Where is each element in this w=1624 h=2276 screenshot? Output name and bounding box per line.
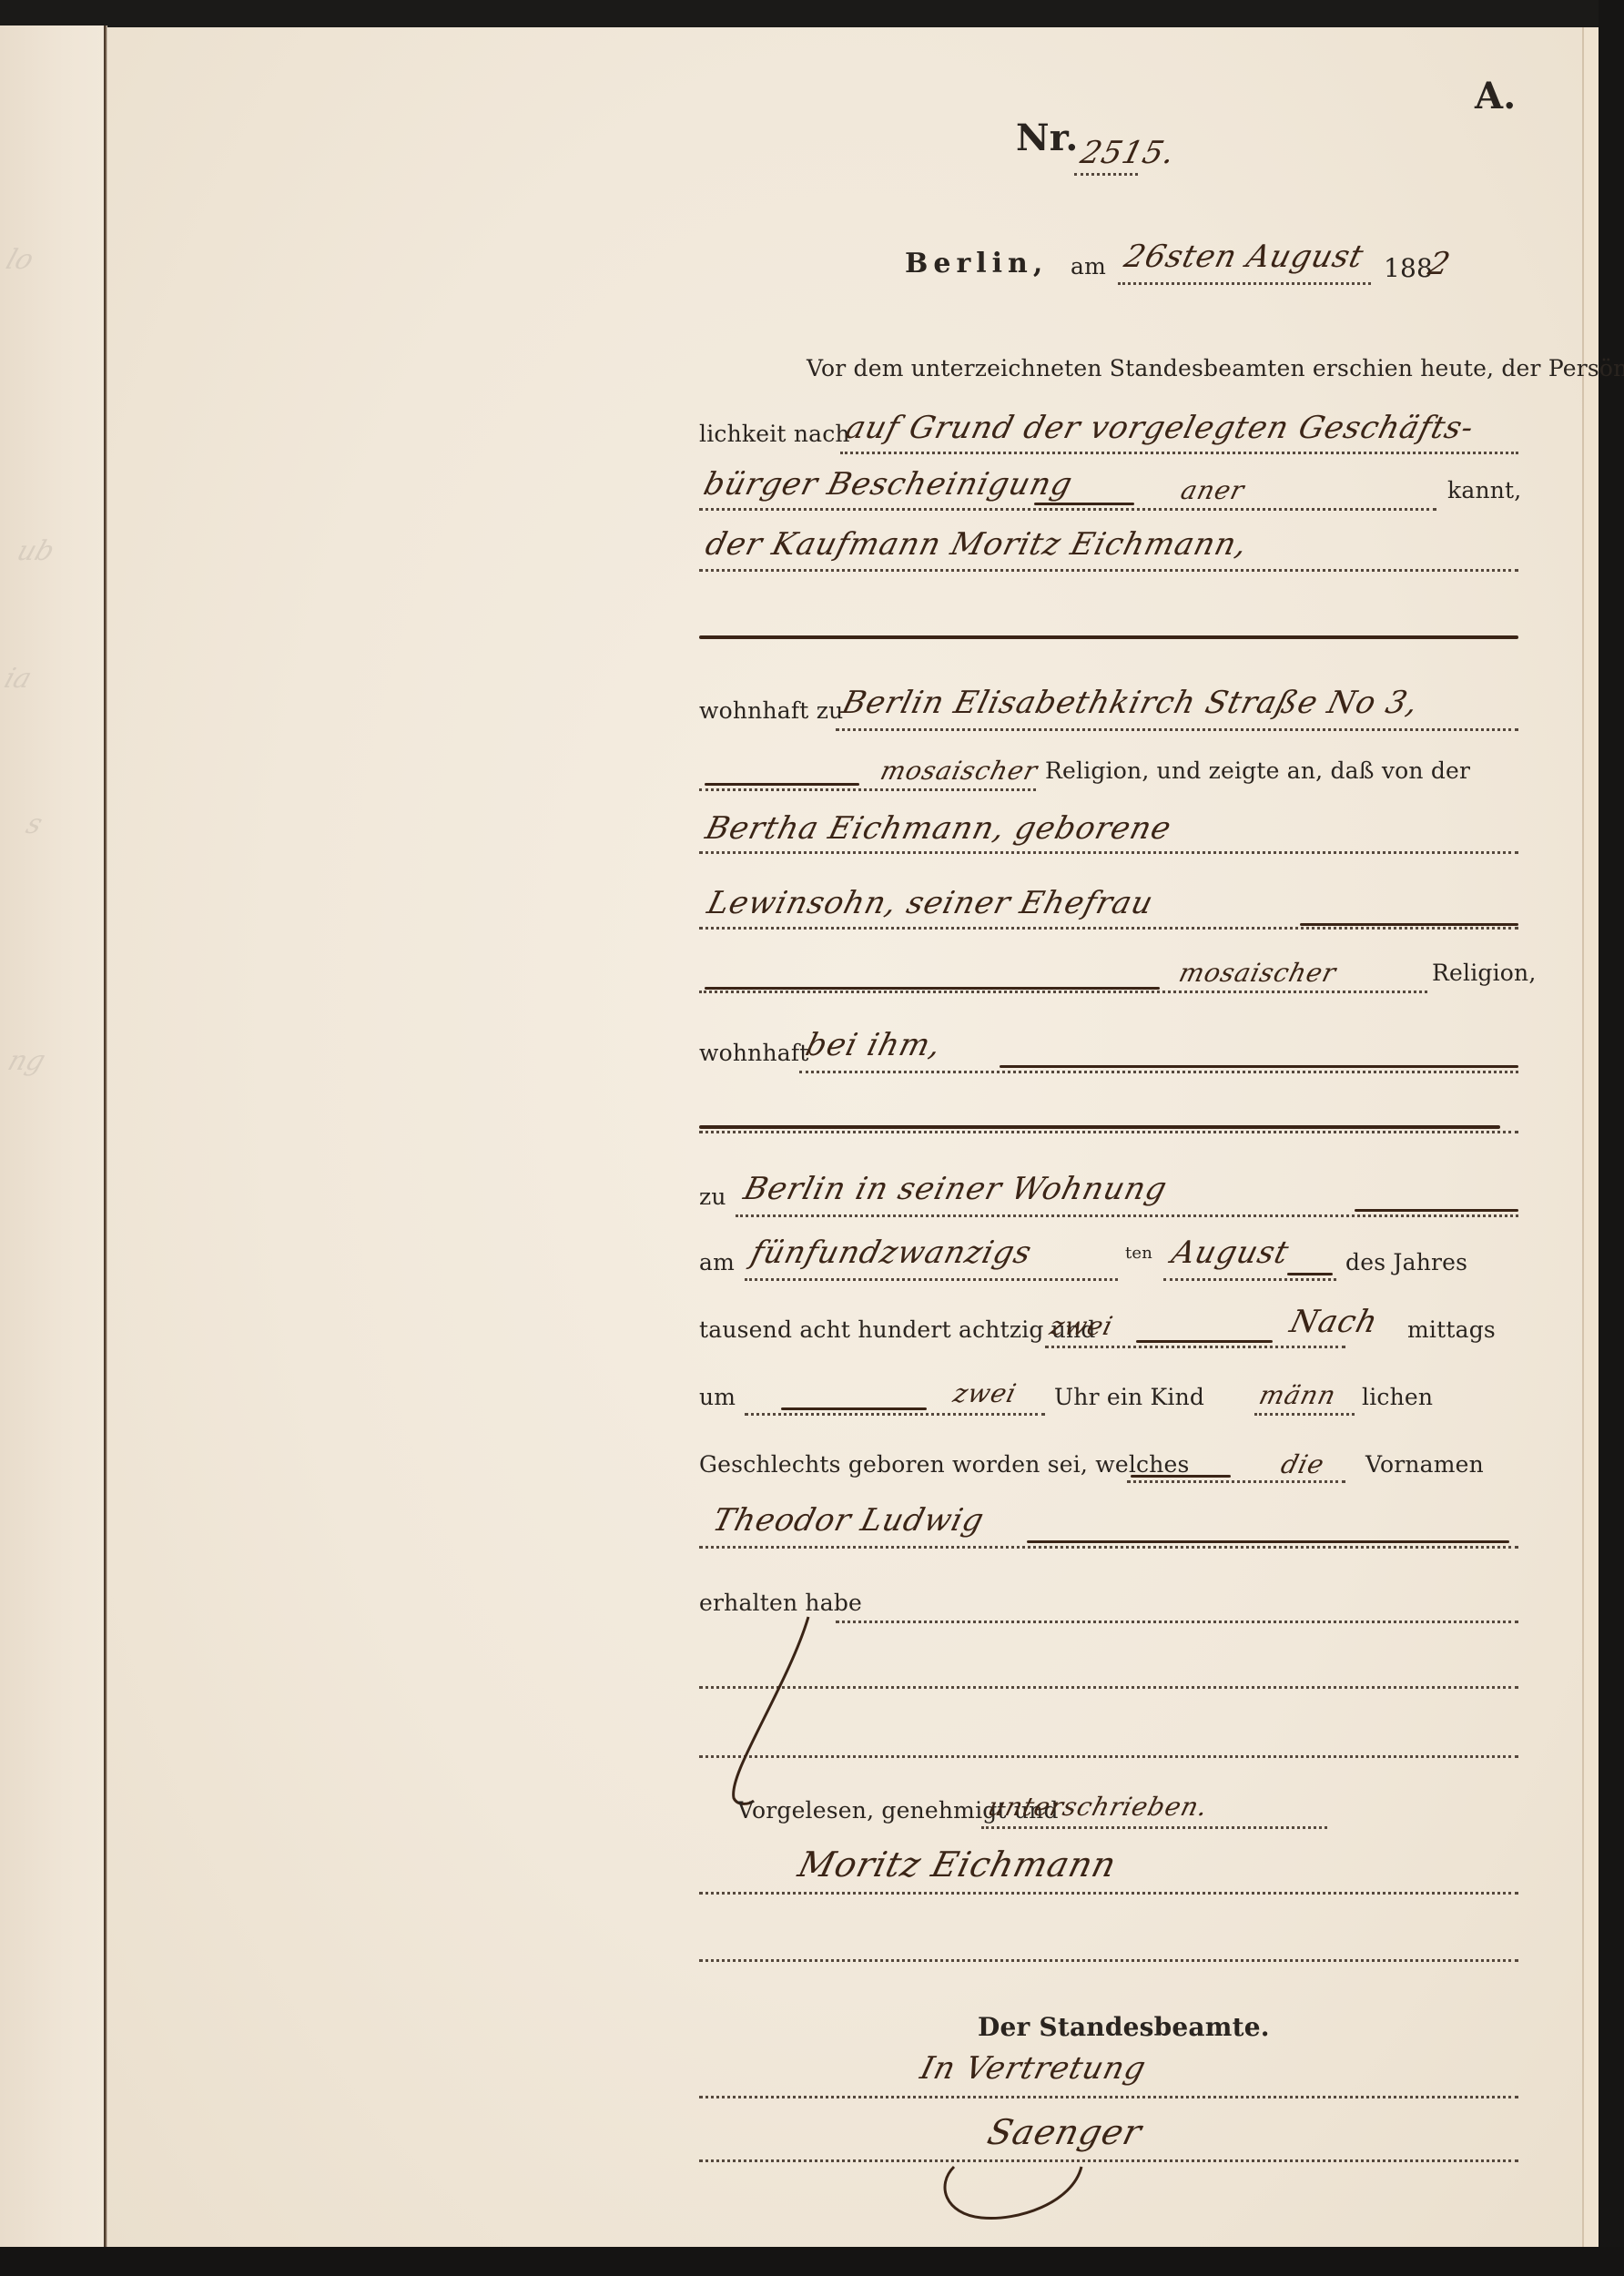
ink-dash xyxy=(705,783,859,786)
ink-dash xyxy=(699,635,1518,639)
form-line xyxy=(799,1071,1518,1073)
identity-basis: auf Grund der vorgelegten Geschäfts- xyxy=(842,410,1477,446)
ordinal-suffix: ten xyxy=(1125,1244,1152,1263)
form-line xyxy=(840,452,1518,454)
acknowledged-prefix: aner xyxy=(1178,475,1248,505)
birth-year-digit: zwei xyxy=(1047,1311,1116,1341)
ink-dash xyxy=(1287,1273,1333,1275)
ink-dash xyxy=(1027,1540,1509,1543)
closing-value: unterschrieben. xyxy=(985,1792,1212,1822)
form-line xyxy=(699,788,1036,791)
scan-border-top xyxy=(0,0,1624,27)
child-label: Uhr ein Kind xyxy=(1054,1384,1204,1410)
given-name-sentence: Geschlechts geboren worden sei, welches xyxy=(699,1451,1190,1478)
form-line xyxy=(836,1621,1518,1623)
mother-residence-label: wohnhaft xyxy=(699,1040,809,1066)
form-line xyxy=(1127,1480,1345,1483)
article: die xyxy=(1278,1449,1328,1479)
date-line xyxy=(1118,282,1371,285)
record-number: 2515. xyxy=(1077,135,1179,171)
ink-dash xyxy=(705,987,1160,990)
afternoon-prefix: Nach xyxy=(1286,1304,1382,1340)
year-handwritten: 2 xyxy=(1425,246,1455,282)
previous-leaf: lo ub ia s ng xyxy=(0,25,107,2251)
form-line xyxy=(836,728,1518,731)
acknowledged-suffix: kannt, xyxy=(1447,477,1521,503)
form-line xyxy=(699,1959,1518,1962)
form-line xyxy=(699,508,1436,511)
form-line xyxy=(699,927,1518,930)
form-line xyxy=(1163,1278,1336,1281)
form-line xyxy=(699,1131,1518,1133)
birth-year-label: tausend acht hundert achtzig und xyxy=(699,1316,1096,1343)
form-line xyxy=(699,1546,1518,1549)
form-line xyxy=(1045,1346,1345,1348)
place-printed: Berlin, xyxy=(905,248,1048,279)
religion-sentence: Religion, und zeigte an, daß von der xyxy=(1045,757,1470,784)
ink-dash xyxy=(1000,1065,1518,1068)
form-line xyxy=(981,1826,1327,1829)
declarant-name: der Kaufmann Moritz Eichmann, xyxy=(702,526,1252,563)
ink-dash xyxy=(1034,503,1134,505)
scan-border-right xyxy=(1599,0,1624,2276)
sex-suffix: lichen xyxy=(1362,1384,1433,1410)
year-label: des Jahres xyxy=(1345,1249,1467,1275)
ink-dash xyxy=(699,1125,1500,1129)
record-number-label: Nr. xyxy=(1016,117,1079,159)
identity-label: lichkeit nach xyxy=(699,421,850,447)
form-line xyxy=(699,569,1518,572)
form-line xyxy=(736,1214,1518,1217)
declarant-address: Berlin Elisabethkirch Straße No 3, xyxy=(838,685,1423,721)
date-handwritten: 26sten August xyxy=(1121,239,1367,275)
birthplace: Berlin in seiner Wohnung xyxy=(740,1171,1171,1207)
cancellation-bracket xyxy=(717,1611,827,1812)
birth-month: August xyxy=(1168,1235,1293,1271)
registrar-title: Der Standesbeamte. xyxy=(978,2012,1270,2042)
birth-time-label: um xyxy=(699,1384,736,1410)
child-sex: männ xyxy=(1256,1380,1340,1410)
date-prefix: am xyxy=(1071,253,1106,279)
mother-religion: mosaischer xyxy=(1176,958,1340,988)
birth-hour: zwei xyxy=(950,1378,1020,1408)
given-names-label: Vornamen xyxy=(1365,1451,1484,1478)
scan-border-bottom xyxy=(0,2247,1624,2276)
form-line xyxy=(1254,1413,1355,1416)
mother-maiden-name: Lewinsohn, seiner Ehefrau xyxy=(704,885,1157,921)
birthplace-label: zu xyxy=(699,1184,726,1210)
form-line xyxy=(699,2096,1518,2098)
residence-label: wohnhaft zu xyxy=(699,697,843,724)
declarant-religion: mosaischer xyxy=(878,756,1041,786)
form-line xyxy=(699,851,1518,854)
register-page: A. Nr. 2515. Berlin, am 26sten August 18… xyxy=(107,27,1599,2249)
form-intro: Vor dem unterzeichneten Standesbeamten e… xyxy=(807,355,1624,381)
form-line xyxy=(745,1413,1045,1416)
birth-day: fünfundzwanzigs xyxy=(747,1235,1036,1271)
ink-dash xyxy=(1300,923,1518,926)
mother-name: Bertha Eichmann, geborene xyxy=(702,810,1175,847)
record-number-line xyxy=(1074,173,1138,176)
ink-dash xyxy=(1136,1340,1273,1343)
scanned-register-page: lo ub ia s ng A. Nr. 2515. Berlin, am 26… xyxy=(0,0,1624,2276)
form-line xyxy=(699,991,1427,993)
identity-basis-cont: bürger Bescheinigung xyxy=(700,466,1076,503)
birth-day-label: am xyxy=(699,1249,735,1275)
form-line xyxy=(745,1278,1118,1281)
religion-suffix: Religion, xyxy=(1432,960,1537,986)
declarant-signature: Moritz Eichmann xyxy=(795,1844,1122,1885)
ink-dash xyxy=(1131,1475,1231,1478)
sheet-letter: A. xyxy=(1475,75,1516,117)
ink-dash xyxy=(1355,1209,1518,1212)
midday-label: mittags xyxy=(1407,1316,1496,1343)
signature-flourish xyxy=(927,2130,1127,2230)
child-given-names: Theodor Ludwig xyxy=(709,1502,988,1539)
registrar-note: In Vertretung xyxy=(917,2050,1150,2087)
ink-dash xyxy=(781,1407,927,1410)
signature-line xyxy=(699,1892,1518,1895)
mother-residence: bei ihm, xyxy=(802,1027,945,1063)
